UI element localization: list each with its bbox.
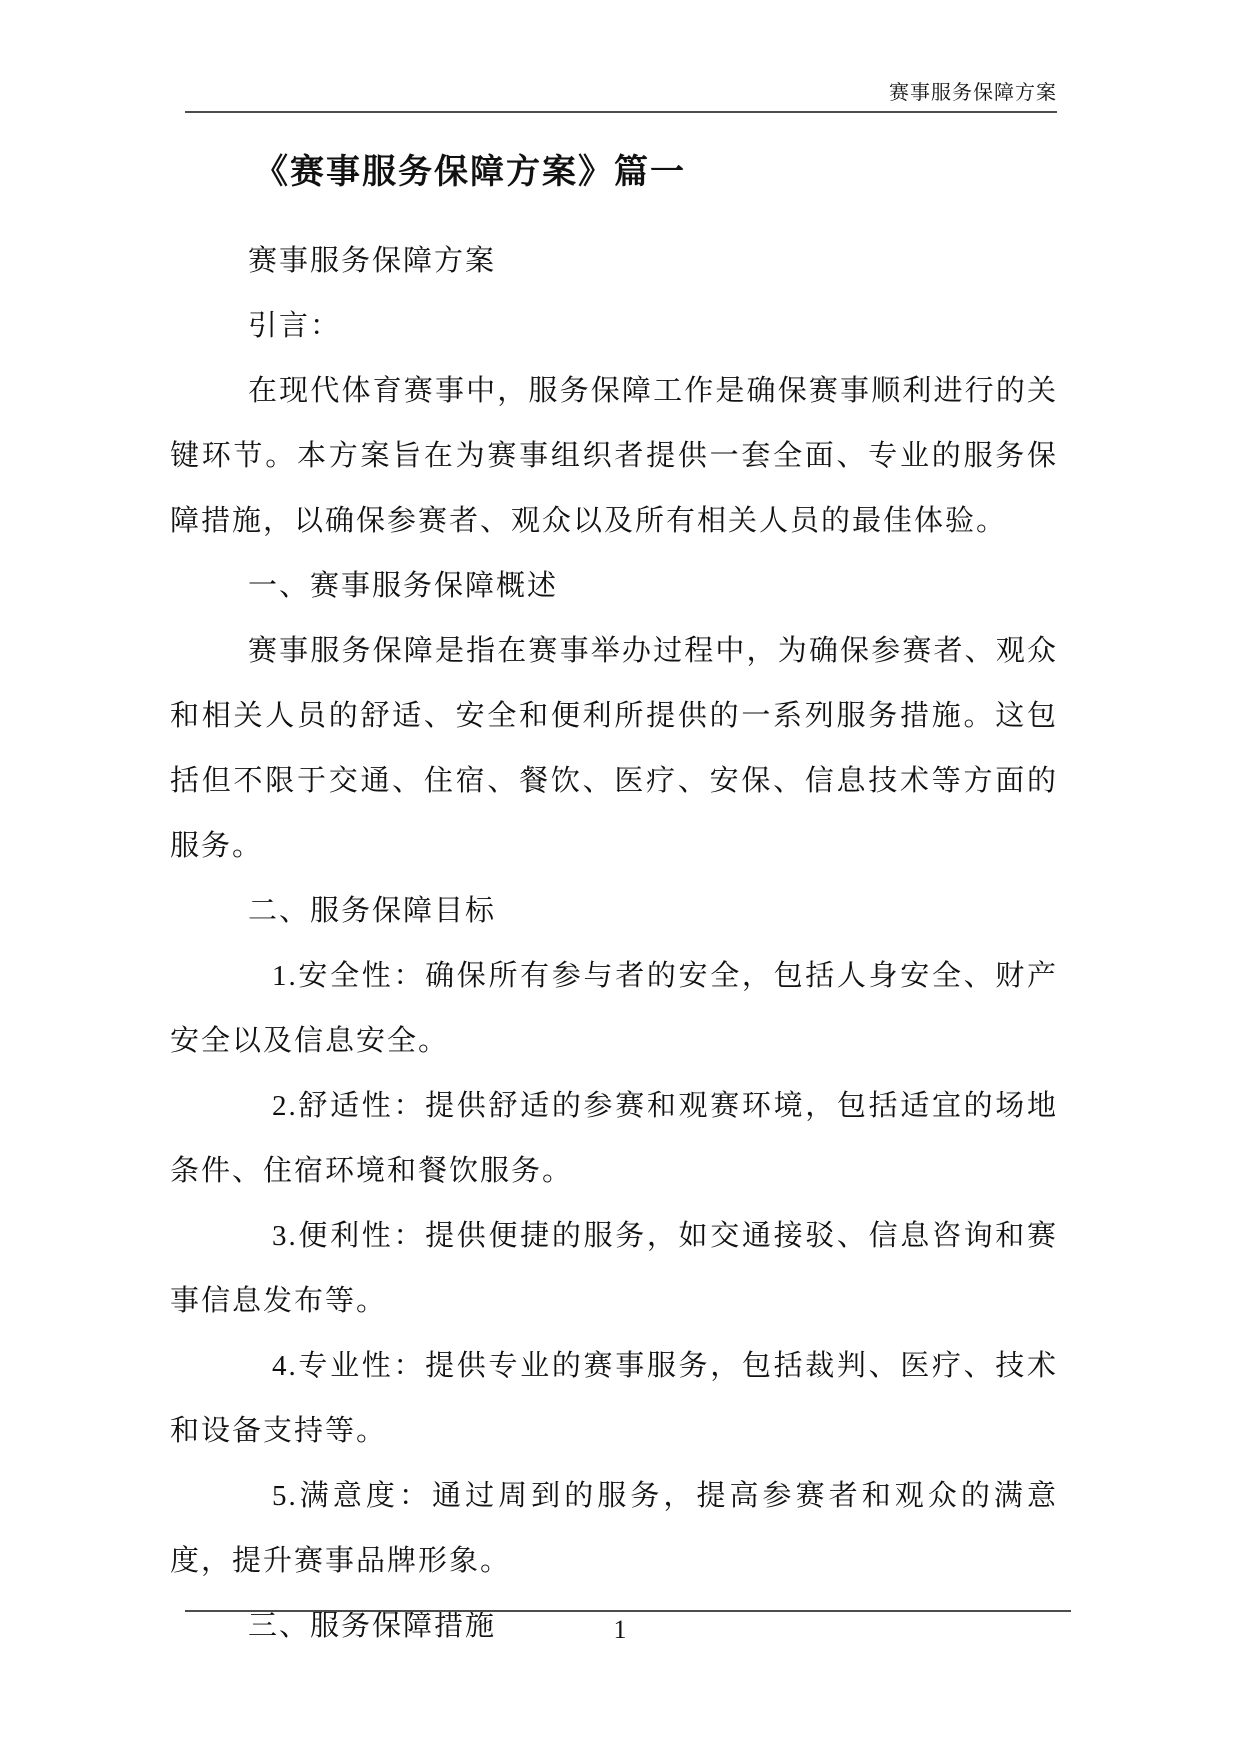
paragraph-intro-label: 引言： (170, 294, 1058, 359)
document-body: 《赛事服务保障方案》篇一 赛事服务保障方案 引言： 在现代体育赛事中，服务保障工… (170, 140, 1058, 1659)
header-rule (185, 111, 1057, 113)
numbered-item-3: 3.便利性：提供便捷的服务，如交通接驳、信息咨询和赛事信息发布等。 (170, 1204, 1058, 1334)
numbered-item-5: 5.满意度：通过周到的服务，提高参赛者和观众的满意度，提升赛事品牌形象。 (170, 1464, 1058, 1594)
footer-rule (185, 1610, 1071, 1612)
numbered-item-1: 1.安全性：确保所有参与者的安全，包括人身安全、财产安全以及信息安全。 (170, 944, 1058, 1074)
section-heading-1: 一、赛事服务保障概述 (170, 554, 1058, 619)
paragraph-overview: 赛事服务保障是指在赛事举办过程中，为确保参赛者、观众和相关人员的舒适、安全和便利… (170, 619, 1058, 879)
paragraph-subtitle: 赛事服务保障方案 (170, 229, 1058, 294)
numbered-item-4: 4.专业性：提供专业的赛事服务，包括裁判、医疗、技术和设备支持等。 (170, 1334, 1058, 1464)
running-header-text: 赛事服务保障方案 (889, 80, 1057, 106)
document-page: 赛事服务保障方案 《赛事服务保障方案》篇一 赛事服务保障方案 引言： 在现代体育… (0, 0, 1240, 1753)
document-title: 《赛事服务保障方案》篇一 (170, 140, 1058, 205)
paragraph-intro: 在现代体育赛事中，服务保障工作是确保赛事顺利进行的关键环节。本方案旨在为赛事组织… (170, 359, 1058, 554)
section-heading-2: 二、服务保障目标 (170, 879, 1058, 944)
page-number: 1 (0, 1614, 1240, 1646)
numbered-item-2: 2.舒适性：提供舒适的参赛和观赛环境，包括适宜的场地条件、住宿环境和餐饮服务。 (170, 1074, 1058, 1204)
